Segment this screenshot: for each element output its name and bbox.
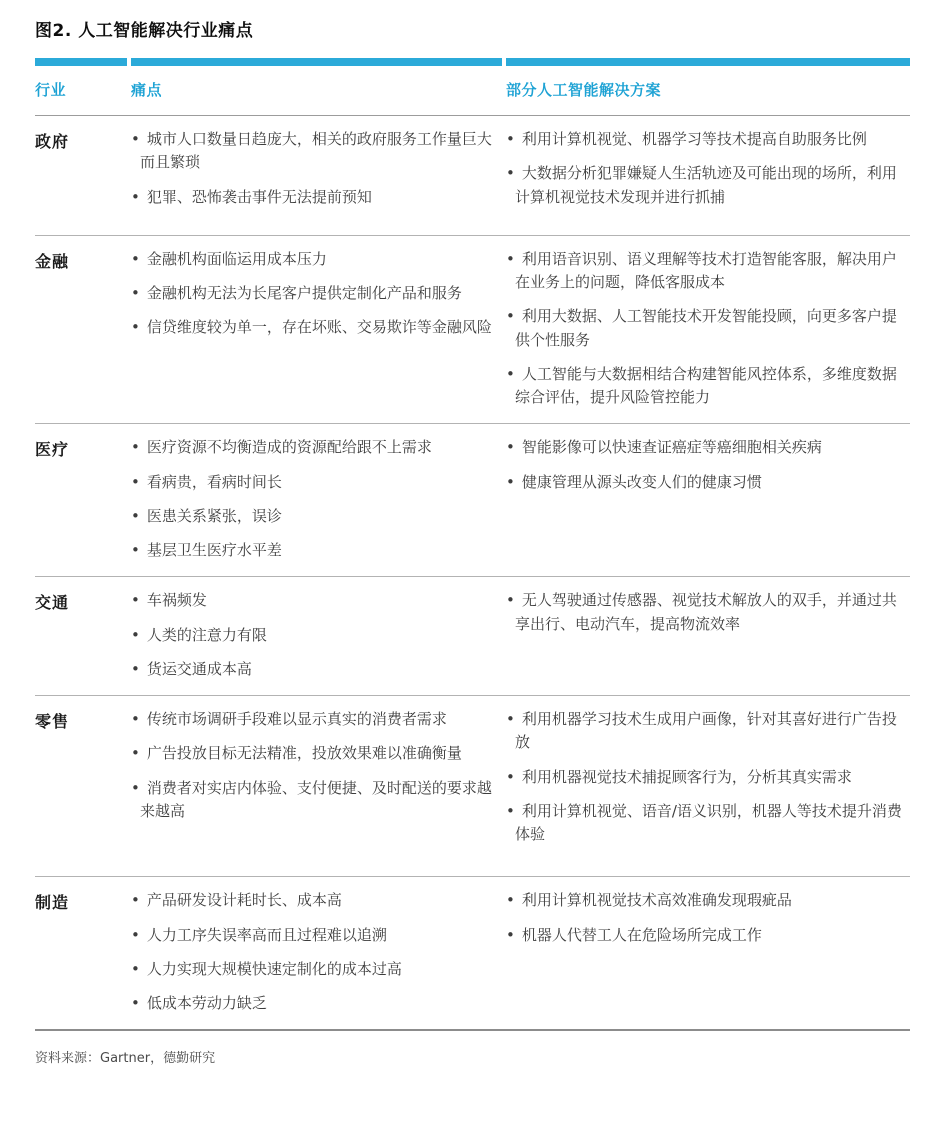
industry-label: 政府 [35, 128, 127, 209]
pain-point-text: 车祸频发 [147, 591, 207, 609]
pain-points-cell: •产品研发设计耗时长、成本高 •人力工序失误率高而且过程难以追溯 •人力实现大规… [131, 889, 502, 1015]
pain-point-item: •消费者对实店内体验、支付便捷、及时配送的要求越来越高 [131, 777, 502, 824]
solution-text: 利用计算机视觉、机器学习等技术提高自助服务比例 [522, 130, 867, 148]
pain-point-item: •人类的注意力有限 [131, 624, 502, 647]
solution-item: •利用计算机视觉、机器学习等技术提高自助服务比例 [506, 128, 910, 151]
table-row: 交通 •车祸频发 •人类的注意力有限 •货运交通成本高 •无人驾驶通过传感器、视… [35, 577, 910, 696]
pain-point-text: 人类的注意力有限 [147, 626, 267, 644]
pain-point-text: 城市人口数量日趋庞大，相关的政府服务工作量巨大而且繁琐 [140, 130, 492, 171]
bullet-icon: • [506, 802, 515, 820]
bullet-icon: • [506, 473, 515, 491]
solution-text: 健康管理从源头改变人们的健康习惯 [522, 473, 762, 491]
pain-point-item: •产品研发设计耗时长、成本高 [131, 889, 502, 912]
pain-point-item: •医患关系紧张，误诊 [131, 505, 502, 528]
accent-bar-segment [506, 58, 910, 66]
pain-point-item: •金融机构无法为长尾客户提供定制化产品和服务 [131, 282, 502, 305]
industry-label: 金融 [35, 248, 127, 410]
bullet-icon: • [506, 438, 515, 456]
pain-point-item: •低成本劳动力缺乏 [131, 992, 502, 1015]
accent-bar-segment [131, 58, 502, 66]
header-accent-bar [35, 58, 910, 66]
report-page: 图2. 人工智能解决行业痛点 行业 痛点 部分人工智能解决方案 政府 •城市人口… [0, 0, 950, 1066]
bullet-icon: • [131, 507, 140, 525]
solution-text: 利用计算机视觉技术高效准确发现瑕疵品 [522, 891, 792, 909]
solution-item: •健康管理从源头改变人们的健康习惯 [506, 471, 910, 494]
bullet-icon: • [506, 591, 515, 609]
solution-item: •利用语音识别、语义理解等技术打造智能客服，解决用户在业务上的问题，降低客服成本 [506, 248, 910, 295]
source-note: 资料来源：Gartner，德勤研究 [35, 1047, 910, 1066]
bullet-icon: • [131, 626, 140, 644]
bullet-icon: • [131, 284, 140, 302]
pain-point-text: 金融机构无法为长尾客户提供定制化产品和服务 [147, 284, 462, 302]
pain-point-text: 产品研发设计耗时长、成本高 [147, 891, 342, 909]
solution-item: •无人驾驶通过传感器、视觉技术解放人的双手，并通过共享出行、电动汽车，提高物流效… [506, 589, 910, 636]
solution-item: •利用计算机视觉、语音/语义识别，机器人等技术提升消费体验 [506, 800, 910, 847]
solution-item: •大数据分析犯罪嫌疑人生活轨迹及可能出现的场所，利用计算机视觉技术发现并进行抓捕 [506, 162, 910, 209]
pain-point-item: •金融机构面临运用成本压力 [131, 248, 502, 271]
solutions-cell: •无人驾驶通过传感器、视觉技术解放人的双手，并通过共享出行、电动汽车，提高物流效… [506, 589, 910, 681]
bullet-icon: • [506, 250, 515, 268]
pain-point-text: 医患关系紧张，误诊 [147, 507, 282, 525]
solution-item: •机器人代替工人在危险场所完成工作 [506, 924, 910, 947]
table-row: 零售 •传统市场调研手段难以显示真实的消费者需求 •广告投放目标无法精准，投放效… [35, 696, 910, 877]
pain-point-text: 信贷维度较为单一，存在坏账、交易欺诈等金融风险 [147, 318, 492, 336]
bullet-icon: • [131, 188, 140, 206]
bullet-icon: • [131, 926, 140, 944]
solutions-cell: •利用计算机视觉技术高效准确发现瑕疵品 •机器人代替工人在危险场所完成工作 [506, 889, 910, 1015]
solution-text: 无人驾驶通过传感器、视觉技术解放人的双手，并通过共享出行、电动汽车，提高物流效率 [515, 591, 897, 632]
pain-point-text: 消费者对实店内体验、支付便捷、及时配送的要求越来越高 [140, 779, 492, 820]
bullet-icon: • [506, 164, 515, 182]
pain-point-item: •传统市场调研手段难以显示真实的消费者需求 [131, 708, 502, 731]
industry-pain-table: 行业 痛点 部分人工智能解决方案 政府 •城市人口数量日趋庞大，相关的政府服务工… [35, 58, 910, 1031]
bullet-icon: • [131, 710, 140, 728]
solution-text: 大数据分析犯罪嫌疑人生活轨迹及可能出现的场所，利用计算机视觉技术发现并进行抓捕 [515, 164, 897, 205]
pain-point-item: •人力工序失误率高而且过程难以追溯 [131, 924, 502, 947]
bullet-icon: • [506, 891, 515, 909]
bullet-icon: • [506, 130, 515, 148]
bullet-icon: • [131, 891, 140, 909]
table-row: 医疗 •医疗资源不均衡造成的资源配给跟不上需求 •看病贵，看病时间长 •医患关系… [35, 424, 910, 577]
bullet-icon: • [131, 473, 140, 491]
table-row: 政府 •城市人口数量日趋庞大，相关的政府服务工作量巨大而且繁琐 •犯罪、恐怖袭击… [35, 116, 910, 236]
pain-point-text: 传统市场调研手段难以显示真实的消费者需求 [147, 710, 447, 728]
solution-text: 机器人代替工人在危险场所完成工作 [522, 926, 762, 944]
pain-point-text: 人力工序失误率高而且过程难以追溯 [147, 926, 387, 944]
solution-item: •利用计算机视觉技术高效准确发现瑕疵品 [506, 889, 910, 912]
solution-text: 利用计算机视觉、语音/语义识别，机器人等技术提升消费体验 [515, 802, 902, 843]
solution-item: •智能影像可以快速查证癌症等癌细胞相关疾病 [506, 436, 910, 459]
industry-label: 医疗 [35, 436, 127, 562]
bullet-icon: • [506, 926, 515, 944]
solutions-cell: •利用语音识别、语义理解等技术打造智能客服，解决用户在业务上的问题，降低客服成本… [506, 248, 910, 410]
solution-item: •利用大数据、人工智能技术开发智能投顾，向更多客户提供个性服务 [506, 305, 910, 352]
pain-point-text: 医疗资源不均衡造成的资源配给跟不上需求 [147, 438, 432, 456]
accent-bar-segment [35, 58, 127, 66]
pain-points-cell: •车祸频发 •人类的注意力有限 •货运交通成本高 [131, 589, 502, 681]
pain-points-cell: •金融机构面临运用成本压力 •金融机构无法为长尾客户提供定制化产品和服务 •信贷… [131, 248, 502, 410]
solution-text: 利用大数据、人工智能技术开发智能投顾，向更多客户提供个性服务 [515, 307, 897, 348]
pain-points-cell: •城市人口数量日趋庞大，相关的政府服务工作量巨大而且繁琐 •犯罪、恐怖袭击事件无… [131, 128, 502, 209]
pain-point-item: •货运交通成本高 [131, 658, 502, 681]
bullet-icon: • [506, 365, 515, 383]
column-header-solution: 部分人工智能解决方案 [506, 66, 910, 115]
pain-points-cell: •传统市场调研手段难以显示真实的消费者需求 •广告投放目标无法精准，投放效果难以… [131, 708, 502, 846]
industry-label: 交通 [35, 589, 127, 681]
pain-point-item: •人力实现大规模快速定制化的成本过高 [131, 958, 502, 981]
bullet-icon: • [131, 541, 140, 559]
solutions-cell: •智能影像可以快速查证癌症等癌细胞相关疾病 •健康管理从源头改变人们的健康习惯 [506, 436, 910, 562]
bullet-icon: • [131, 960, 140, 978]
solution-text: 利用机器视觉技术捕捉顾客行为，分析其真实需求 [522, 768, 852, 786]
bullet-icon: • [131, 438, 140, 456]
bullet-icon: • [131, 318, 140, 336]
bullet-icon: • [131, 779, 140, 797]
pain-point-item: •医疗资源不均衡造成的资源配给跟不上需求 [131, 436, 502, 459]
pain-point-item: •看病贵，看病时间长 [131, 471, 502, 494]
industry-label: 零售 [35, 708, 127, 846]
table-row: 制造 •产品研发设计耗时长、成本高 •人力工序失误率高而且过程难以追溯 •人力实… [35, 877, 910, 1031]
pain-point-text: 人力实现大规模快速定制化的成本过高 [147, 960, 402, 978]
solution-item: •人工智能与大数据相结合构建智能风控体系，多维度数据综合评估，提升风险管控能力 [506, 363, 910, 410]
solutions-cell: •利用计算机视觉、机器学习等技术提高自助服务比例 •大数据分析犯罪嫌疑人生活轨迹… [506, 128, 910, 209]
pain-point-item: •信贷维度较为单一，存在坏账、交易欺诈等金融风险 [131, 316, 502, 339]
pain-point-item: •广告投放目标无法精准，投放效果难以准确衡量 [131, 742, 502, 765]
pain-point-text: 犯罪、恐怖袭击事件无法提前预知 [147, 188, 372, 206]
pain-point-item: •城市人口数量日趋庞大，相关的政府服务工作量巨大而且繁琐 [131, 128, 502, 175]
bullet-icon: • [131, 660, 140, 678]
bullet-icon: • [506, 768, 515, 786]
bullet-icon: • [506, 710, 515, 728]
bullet-icon: • [131, 994, 140, 1012]
pain-point-text: 低成本劳动力缺乏 [147, 994, 267, 1012]
bullet-icon: • [131, 744, 140, 762]
pain-point-text: 基层卫生医疗水平差 [147, 541, 282, 559]
bullet-icon: • [506, 307, 515, 325]
pain-point-text: 看病贵，看病时间长 [147, 473, 282, 491]
pain-point-item: •车祸频发 [131, 589, 502, 612]
table-header-row: 行业 痛点 部分人工智能解决方案 [35, 66, 910, 116]
pain-point-text: 货运交通成本高 [147, 660, 252, 678]
column-header-industry: 行业 [35, 66, 127, 115]
solution-text: 利用语音识别、语义理解等技术打造智能客服，解决用户在业务上的问题，降低客服成本 [515, 250, 897, 291]
figure-title: 图2. 人工智能解决行业痛点 [35, 16, 910, 41]
table-row: 金融 •金融机构面临运用成本压力 •金融机构无法为长尾客户提供定制化产品和服务 … [35, 236, 910, 425]
pain-points-cell: •医疗资源不均衡造成的资源配给跟不上需求 •看病贵，看病时间长 •医患关系紧张，… [131, 436, 502, 562]
column-header-pain: 痛点 [131, 66, 502, 115]
pain-point-text: 广告投放目标无法精准，投放效果难以准确衡量 [147, 744, 462, 762]
solution-item: •利用机器学习技术生成用户画像，针对其喜好进行广告投放 [506, 708, 910, 755]
pain-point-item: •基层卫生医疗水平差 [131, 539, 502, 562]
solution-text: 利用机器学习技术生成用户画像，针对其喜好进行广告投放 [515, 710, 897, 751]
solutions-cell: •利用机器学习技术生成用户画像，针对其喜好进行广告投放 •利用机器视觉技术捕捉顾… [506, 708, 910, 846]
solution-text: 智能影像可以快速查证癌症等癌细胞相关疾病 [522, 438, 822, 456]
bullet-icon: • [131, 250, 140, 268]
solution-text: 人工智能与大数据相结合构建智能风控体系，多维度数据综合评估，提升风险管控能力 [515, 365, 897, 406]
pain-point-text: 金融机构面临运用成本压力 [147, 250, 327, 268]
bullet-icon: • [131, 130, 140, 148]
industry-label: 制造 [35, 889, 127, 1015]
solution-item: •利用机器视觉技术捕捉顾客行为，分析其真实需求 [506, 766, 910, 789]
bullet-icon: • [131, 591, 140, 609]
pain-point-item: •犯罪、恐怖袭击事件无法提前预知 [131, 186, 502, 209]
